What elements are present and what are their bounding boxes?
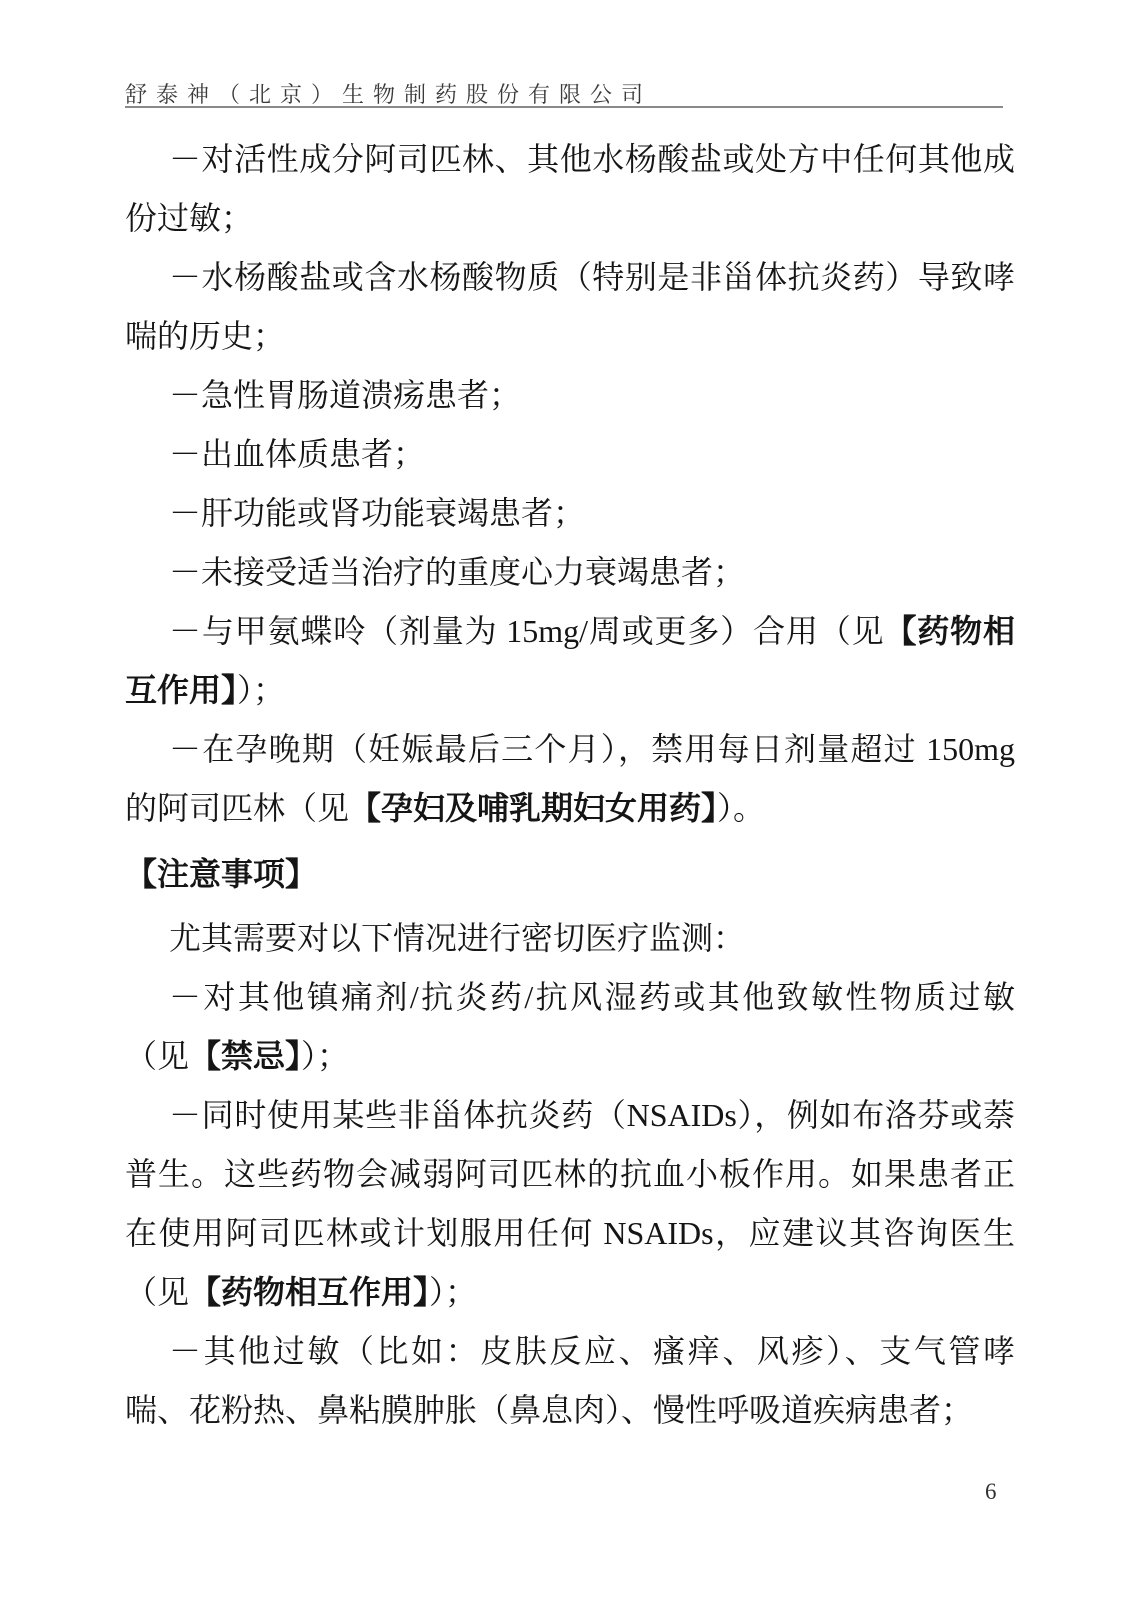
text-run: －其他过敏（比如：皮肤反应、瘙痒、风疹）、支气管哮喘、花粉热、鼻粘膜肿胀（鼻息肉… xyxy=(125,1333,1015,1428)
paragraph: －肝功能或肾功能衰竭患者； xyxy=(125,484,1015,543)
text-run: 尤其需要对以下情况进行密切医疗监测： xyxy=(169,920,745,956)
header-divider xyxy=(125,106,1003,108)
paragraph: 尤其需要对以下情况进行密切医疗监测： xyxy=(125,909,1015,968)
text-run: －对活性成分阿司匹林、其他水杨酸盐或处方中任何其他成份过敏； xyxy=(125,141,1015,236)
bold-text-run: 【禁忌】 xyxy=(189,1038,301,1074)
paragraph: －对其他镇痛剂/抗炎药/抗风湿药或其他致敏性物质过敏（见【禁忌】）； xyxy=(125,968,1015,1086)
text-run: －未接受适当治疗的重度心力衰竭患者； xyxy=(169,554,745,590)
text-run: －肝功能或肾功能衰竭患者； xyxy=(169,495,585,531)
paragraph: －急性胃肠道溃疡患者； xyxy=(125,366,1015,425)
text-run: －急性胃肠道溃疡患者； xyxy=(169,377,521,413)
text-run: ）； xyxy=(237,672,285,708)
paragraph: －未接受适当治疗的重度心力衰竭患者； xyxy=(125,543,1015,602)
paragraph: －同时使用某些非甾体抗炎药（NSAIDs），例如布洛芬或萘普生。这些药物会减弱阿… xyxy=(125,1086,1015,1322)
text-run: ）； xyxy=(429,1274,477,1310)
bold-text-run: 【注意事项】 xyxy=(125,856,317,892)
section-heading: 【注意事项】 xyxy=(125,845,1015,904)
text-run: ）。 xyxy=(717,790,765,826)
text-run: ）； xyxy=(301,1038,349,1074)
document-body: －对活性成分阿司匹林、其他水杨酸盐或处方中任何其他成份过敏；－水杨酸盐或含水杨酸… xyxy=(125,130,1015,1440)
text-run: －与甲氨蝶呤（剂量为 15mg/周或更多）合用（见 xyxy=(169,613,884,649)
paragraph: －水杨酸盐或含水杨酸物质（特别是非甾体抗炎药）导致哮喘的历史； xyxy=(125,248,1015,366)
paragraph: －对活性成分阿司匹林、其他水杨酸盐或处方中任何其他成份过敏； xyxy=(125,130,1015,248)
bold-text-run: 【孕妇及哺乳期妇女用药】 xyxy=(349,790,717,826)
text-run: －水杨酸盐或含水杨酸物质（特别是非甾体抗炎药）导致哮喘的历史； xyxy=(125,259,1015,354)
company-name: 舒泰神（北京）生物制药股份有限公司 xyxy=(125,82,652,107)
document-page: 舒泰神（北京）生物制药股份有限公司 －对活性成分阿司匹林、其他水杨酸盐或处方中任… xyxy=(0,0,1131,1600)
paragraph: －其他过敏（比如：皮肤反应、瘙痒、风疹）、支气管哮喘、花粉热、鼻粘膜肿胀（鼻息肉… xyxy=(125,1322,1015,1440)
text-run: －出血体质患者； xyxy=(169,436,425,472)
bold-text-run: 【药物相互作用】 xyxy=(189,1274,429,1310)
paragraph: －在孕晚期（妊娠最后三个月），禁用每日剂量超过 150mg 的阿司匹林（见【孕妇… xyxy=(125,720,1015,838)
paragraph: －与甲氨蝶呤（剂量为 15mg/周或更多）合用（见【药物相互作用】）； xyxy=(125,602,1015,720)
page-header: 舒泰神（北京）生物制药股份有限公司 xyxy=(125,78,1005,109)
page-number: 6 xyxy=(985,1479,997,1505)
paragraph: －出血体质患者； xyxy=(125,425,1015,484)
